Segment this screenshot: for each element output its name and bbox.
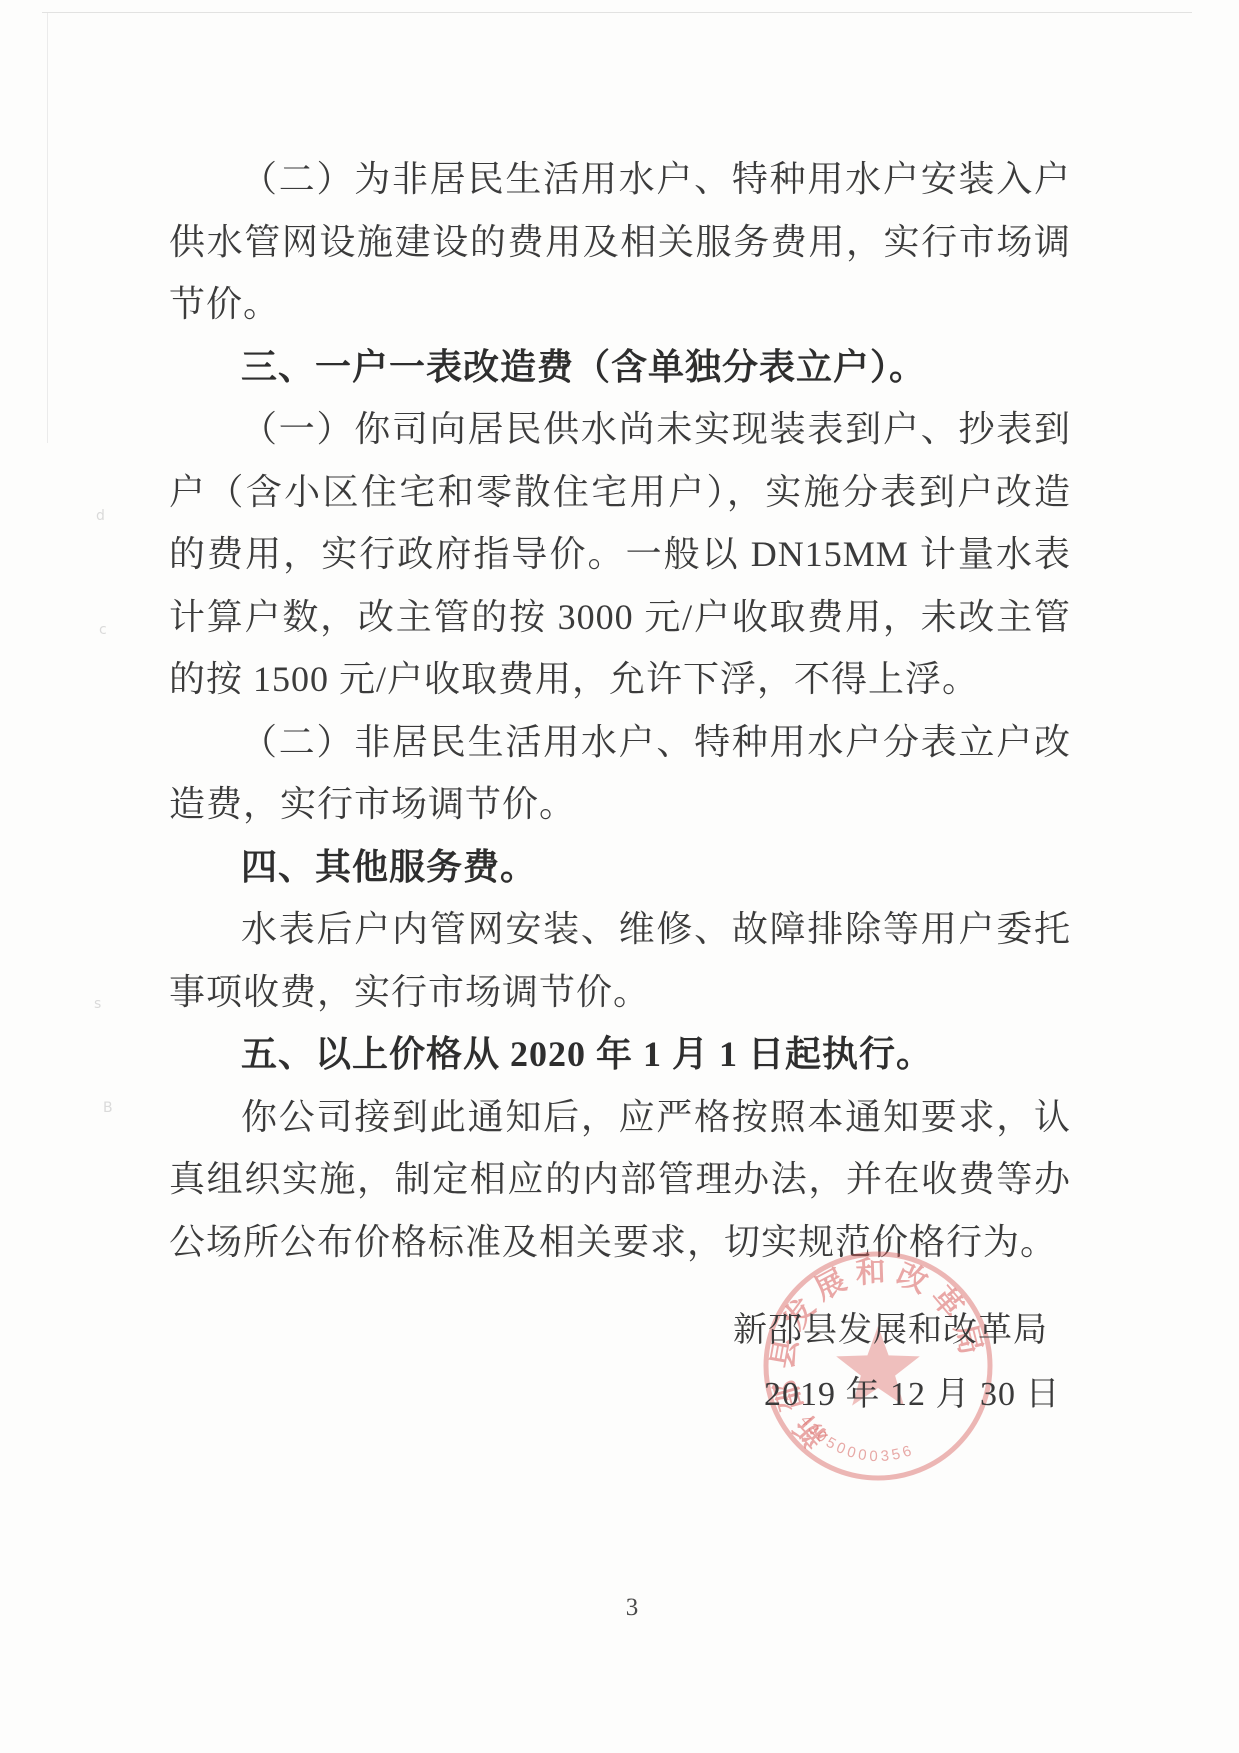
scan-edge-artifact bbox=[47, 13, 48, 443]
signature-date: 2019 年 12 月 30 日 bbox=[764, 1366, 1061, 1415]
paragraph: （一）你司向居民供水尚未实现装表到户、抄表到户（含小区住宅和零散住宅用户），实施… bbox=[169, 398, 1071, 711]
scan-artifact: c bbox=[99, 622, 107, 638]
scan-artifact: d bbox=[96, 508, 105, 524]
paragraph: （二）非居民生活用水户、特种用水户分表立户改造费，实行市场调节价。 bbox=[169, 711, 1071, 836]
document-body: （二）为非居民生活用水户、特种用水户安装入户供水管网设施建设的费用及相关服务费用… bbox=[169, 148, 1071, 1273]
paragraph: 水表后户内管网安装、维修、故障排除等用户委托事项收费，实行市场调节价。 bbox=[169, 898, 1071, 1023]
signature-agency: 新邵县发展和改革局 bbox=[733, 1302, 1048, 1351]
document-page: d c s B （二）为非居民生活用水户、特种用水户安装入户供水管网设施建设的费… bbox=[0, 0, 1239, 1753]
section-heading: 四、其他服务费。 bbox=[169, 836, 1071, 899]
scan-artifact: s bbox=[94, 996, 101, 1012]
scan-artifact: B bbox=[103, 1100, 113, 1116]
section-heading: 五、以上价格从 2020 年 1 月 1 日起执行。 bbox=[169, 1023, 1071, 1086]
scan-edge-artifact bbox=[42, 12, 1192, 13]
page-number: 3 bbox=[612, 1594, 652, 1622]
paragraph: （二）为非居民生活用水户、特种用水户安装入户供水管网设施建设的费用及相关服务费用… bbox=[169, 148, 1071, 336]
section-heading: 三、一户一表改造费（含单独分表立户）。 bbox=[169, 336, 1071, 399]
paragraph: 你公司接到此通知后，应严格按照本通知要求，认真组织实施，制定相应的内部管理办法，… bbox=[169, 1086, 1071, 1274]
